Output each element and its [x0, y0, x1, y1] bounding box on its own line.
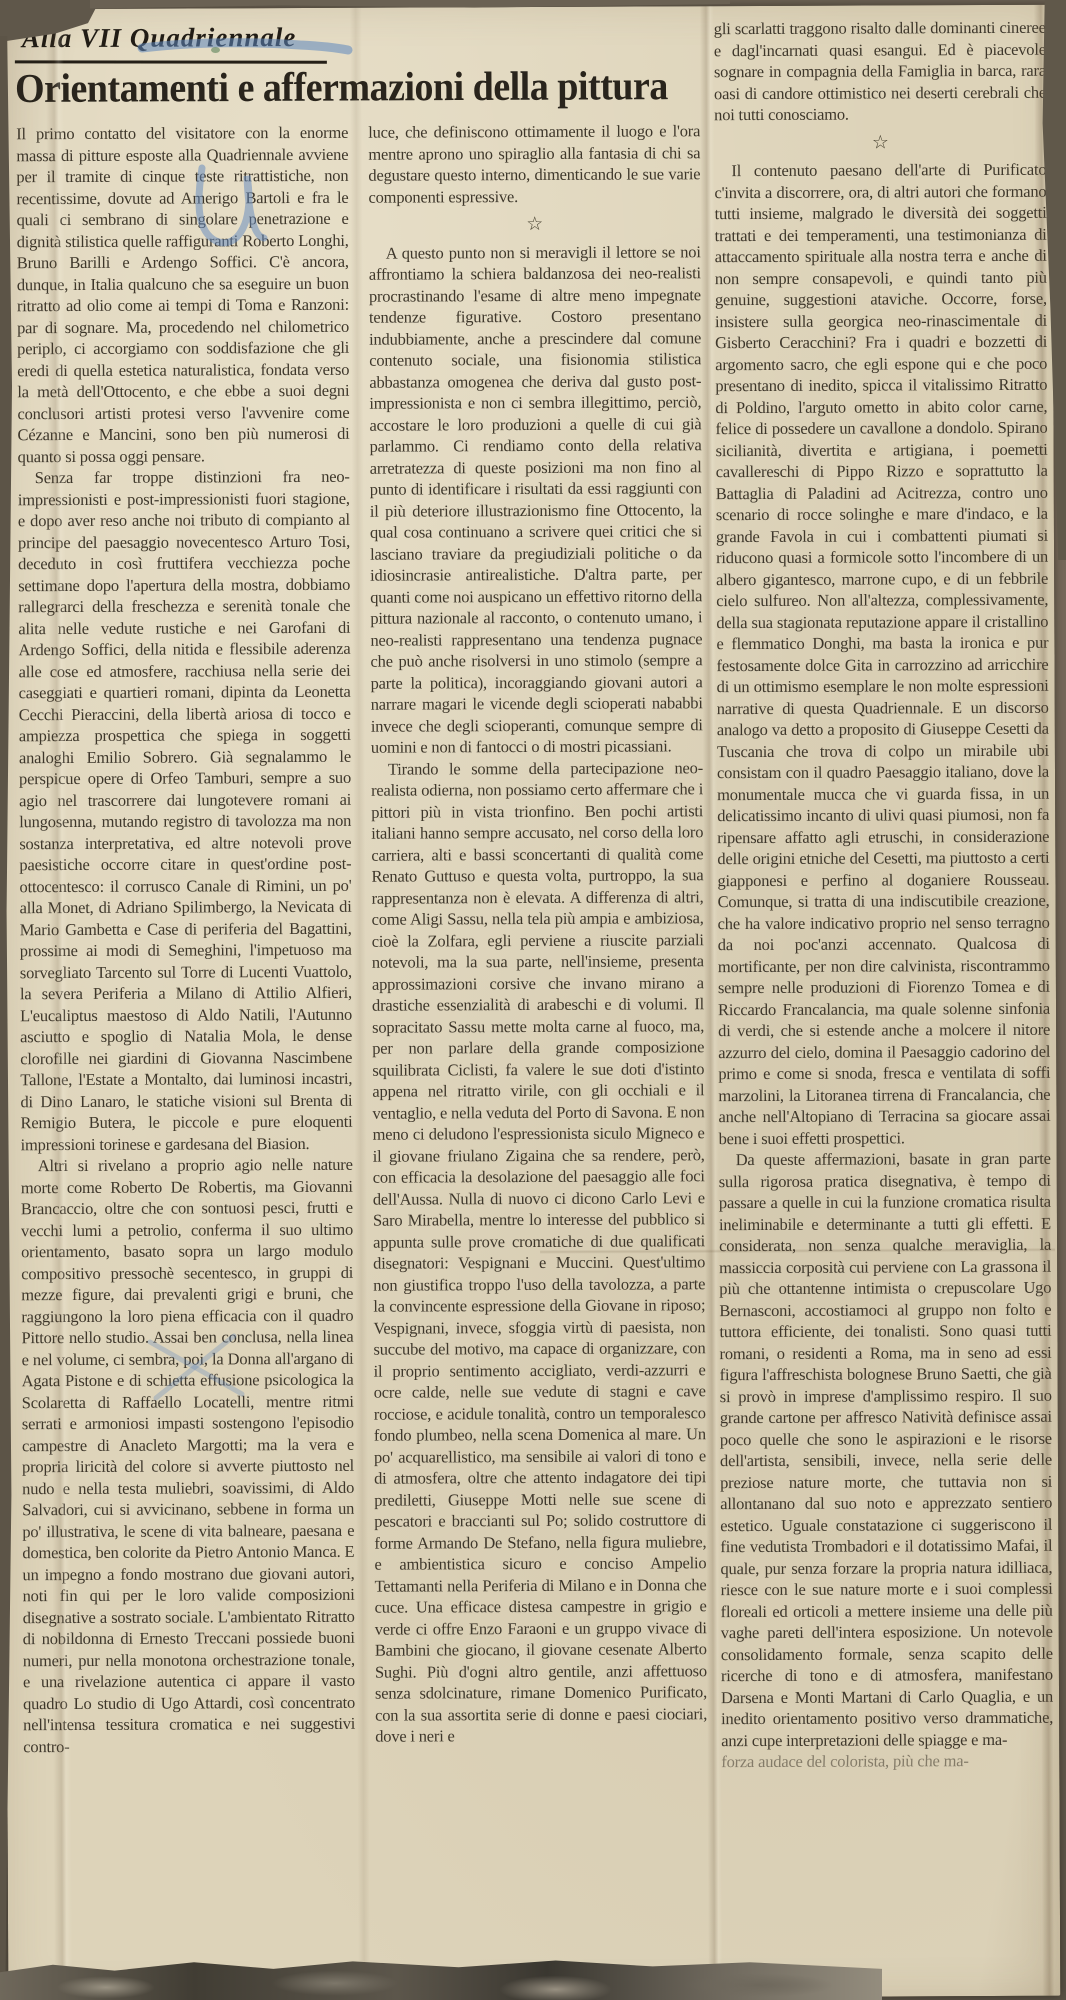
- paragraph: Da queste affermazioni, basate in gran p…: [719, 1148, 1054, 1751]
- kicker: Alla VII Quadriennale: [22, 22, 297, 54]
- paragraph: A questo punto non si meravigli il letto…: [369, 241, 703, 758]
- column-2: luce, che definiscono ottimamente il luo…: [368, 120, 708, 1971]
- scrapbook-page: Alla VII Quadriennale Orientamenti e aff…: [0, 0, 1066, 2000]
- green-pencil-speck: [211, 47, 220, 53]
- headline: Orientamenti e affermazioni della pittur…: [15, 62, 668, 112]
- column-1: Il primo contatto del visitatore con la …: [16, 122, 356, 1971]
- paragraph: Altri si rivelano a proprio agio nelle n…: [21, 1154, 356, 1757]
- paragraph: gli scarlatti traggono risalto dalle dom…: [714, 17, 1046, 126]
- paragraph: Tirando le somme della partecipazione ne…: [371, 757, 707, 1747]
- star-divider-icon: ☆: [369, 213, 701, 236]
- paragraph: Senza far troppe distinzioni fra neo-imp…: [18, 466, 353, 1155]
- newspaper-clipping: Alla VII Quadriennale Orientamenti e aff…: [0, 5, 1060, 2000]
- paragraph: Il primo contatto del visitatore con la …: [16, 122, 349, 467]
- paragraph-cut-line: forza audace del colorista, più che ma-: [721, 1750, 1054, 1773]
- paragraph: Il contenuto paesano dell'arte di Purifi…: [714, 159, 1050, 1149]
- star-divider-icon: ☆: [714, 131, 1046, 154]
- paragraph: luce, che definiscono ottimamente il luo…: [368, 120, 700, 207]
- column-3: gli scarlatti traggono risalto dalle dom…: [714, 17, 1055, 2000]
